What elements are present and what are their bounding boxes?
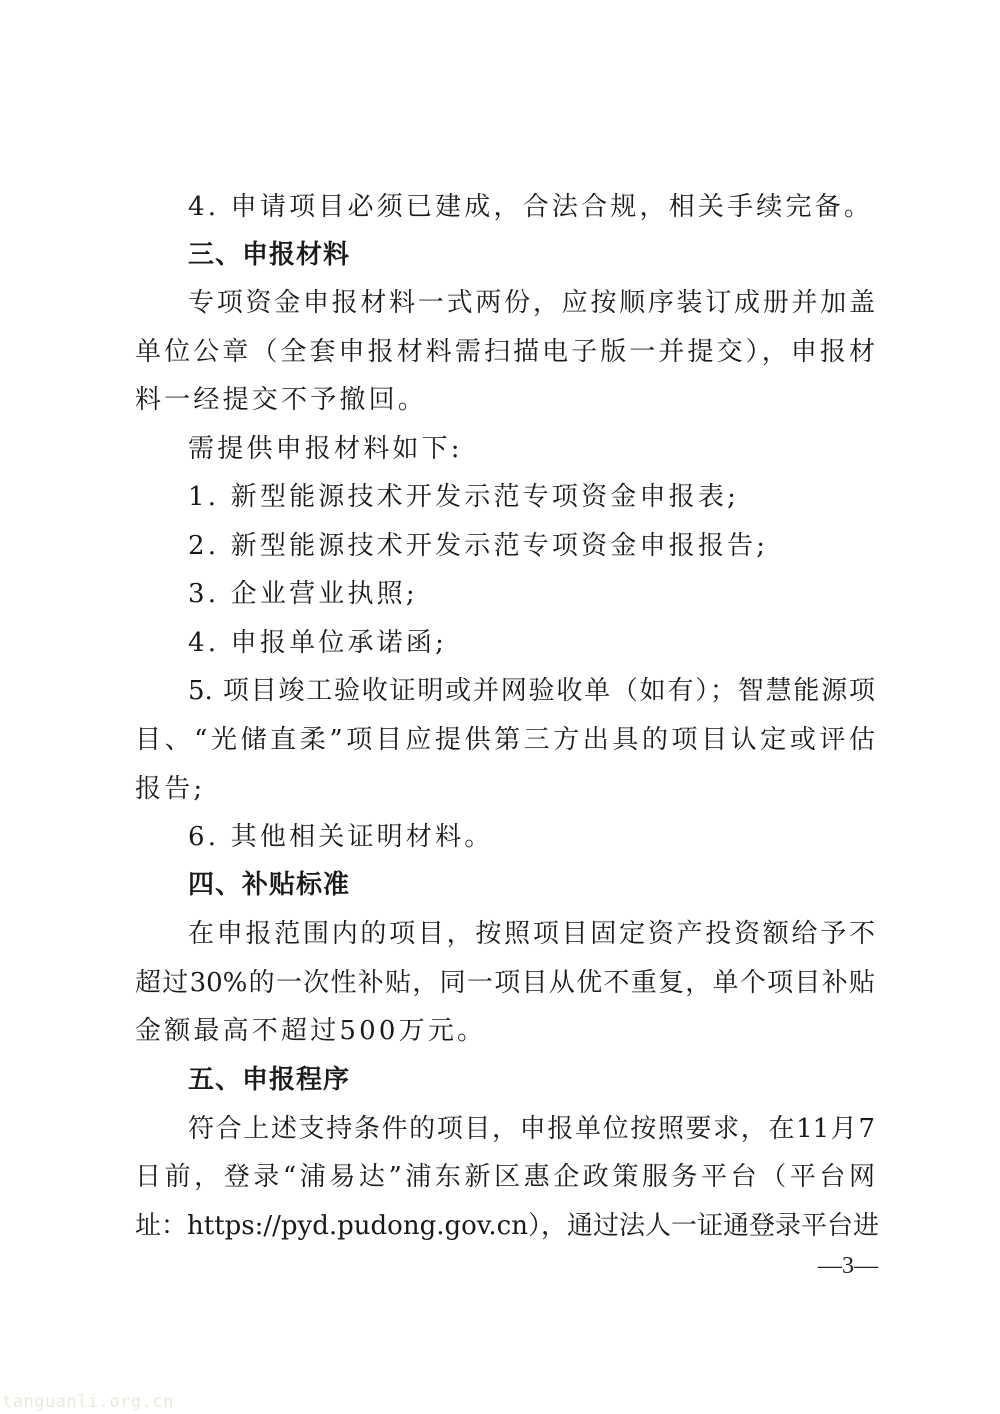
section-heading-procedure: 五、申报程序 (188, 1060, 875, 1100)
paragraph-line: 日前，登录“浦易达”浦东新区惠企政策服务平台（平台网 (135, 1157, 875, 1197)
document-page: 4. 申请项目必须已建成，合法合规，相关手续完备。 三、申报材料 专项资金申报材… (0, 0, 1000, 1414)
section-heading-subsidy: 四、补贴标准 (188, 865, 875, 905)
paragraph-line: 址：https://pyd.pudong.gov.cn），通过法人一证通登录平台… (135, 1206, 875, 1246)
material-item-6: 6. 其他相关证明材料。 (188, 817, 875, 857)
requirement-item-4: 4. 申请项目必须已建成，合法合规，相关手续完备。 (188, 187, 875, 227)
watermark: tanguanli.org.cn (2, 1392, 174, 1412)
paragraph-line: 报告; (135, 769, 875, 809)
material-item-4: 4. 申报单位承诺函; (188, 623, 875, 663)
material-item-5: 5. 项目竣工验收证明或并网验收单（如有）；智慧能源项 (188, 671, 875, 711)
paragraph-line: 需提供申报材料如下: (188, 429, 875, 469)
paragraph-line: 在申报范围内的项目，按照项目固定资产投资额给予不 (188, 914, 875, 954)
paragraph-line: 超过30%的一次性补贴，同一项目从优不重复，单个项目补贴 (135, 963, 875, 1003)
paragraph-line: 单位公章（全套申报材料需扫描电子版一并提交），申报材 (135, 332, 875, 372)
paragraph-line: 金额最高不超过500万元。 (135, 1011, 875, 1051)
paragraph-line: 专项资金申报材料一式两份，应按顺序装订成册并加盖 (188, 283, 875, 323)
paragraph-line: 料一经提交不予撤回。 (135, 380, 875, 420)
material-item-3: 3. 企业营业执照; (188, 574, 875, 614)
section-heading-materials: 三、申报材料 (188, 235, 875, 275)
material-item-1: 1. 新型能源技术开发示范专项资金申报表; (188, 477, 875, 517)
material-item-2: 2. 新型能源技术开发示范专项资金申报报告; (188, 526, 875, 566)
page-number: —3— (818, 1251, 878, 1281)
paragraph-line: 目、“光储直柔”项目应提供第三方出具的项目认定或评估 (135, 720, 875, 760)
paragraph-line: 符合上述支持条件的项目，申报单位按照要求，在11月7 (188, 1109, 875, 1149)
